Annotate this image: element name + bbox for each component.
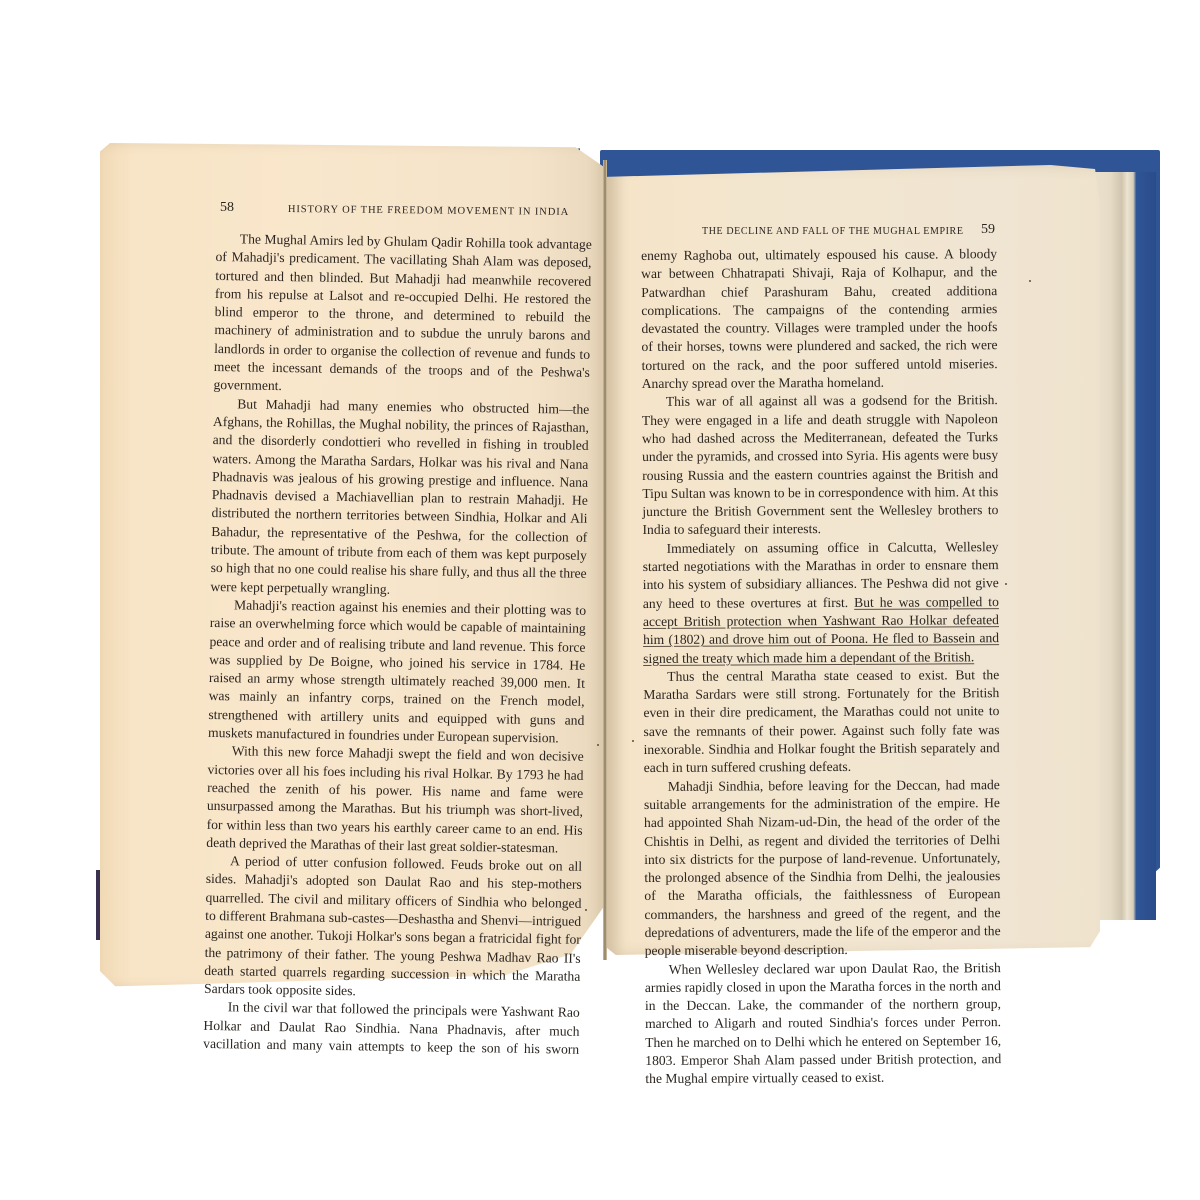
paragraph-with-underline: Immediately on assuming office in Calcut… (643, 538, 1000, 668)
paper-speck (585, 909, 587, 911)
paper-speck (597, 744, 599, 746)
paper-speck (632, 740, 634, 742)
paragraph: With this new force Mahadji swept the fi… (206, 742, 584, 858)
paragraph: In the civil war that followed the princ… (203, 998, 580, 1059)
paper-speck (1029, 280, 1031, 282)
paragraph: Thus the central Maratha state ceased to… (643, 666, 1000, 778)
paragraph: Mahadji Sindhia, before leaving for the … (644, 776, 1001, 961)
paragraph: But Mahadji had many enemies who obstruc… (210, 395, 589, 602)
right-running-head: THE DECLINE AND FALL OF THE MUGHAL EMPIR… (702, 226, 964, 237)
book-cover-edge (96, 870, 100, 940)
right-page-number: 59 (981, 222, 995, 238)
left-page-body: The Mughal Amirs led by Ghulam Qadir Roh… (203, 230, 592, 1059)
paper-speck (1005, 583, 1007, 585)
paragraph: enemy Raghoba out, ultimately espoused h… (641, 245, 998, 393)
left-page-number: 58 (220, 200, 234, 216)
book-gutter (603, 160, 607, 960)
right-page-body: enemy Raghoba out, ultimately espoused h… (641, 245, 1001, 1089)
paragraph: The Mughal Amirs led by Ghulam Qadir Roh… (213, 230, 592, 401)
paragraph: When Wellesley declared war upon Daulat … (645, 959, 1002, 1089)
paragraph: This war of all against all was a godsen… (642, 392, 999, 540)
paragraph: A period of utter confusion followed. Fe… (204, 852, 582, 1004)
paragraph: Mahadji's reaction against his enemies a… (208, 596, 586, 748)
